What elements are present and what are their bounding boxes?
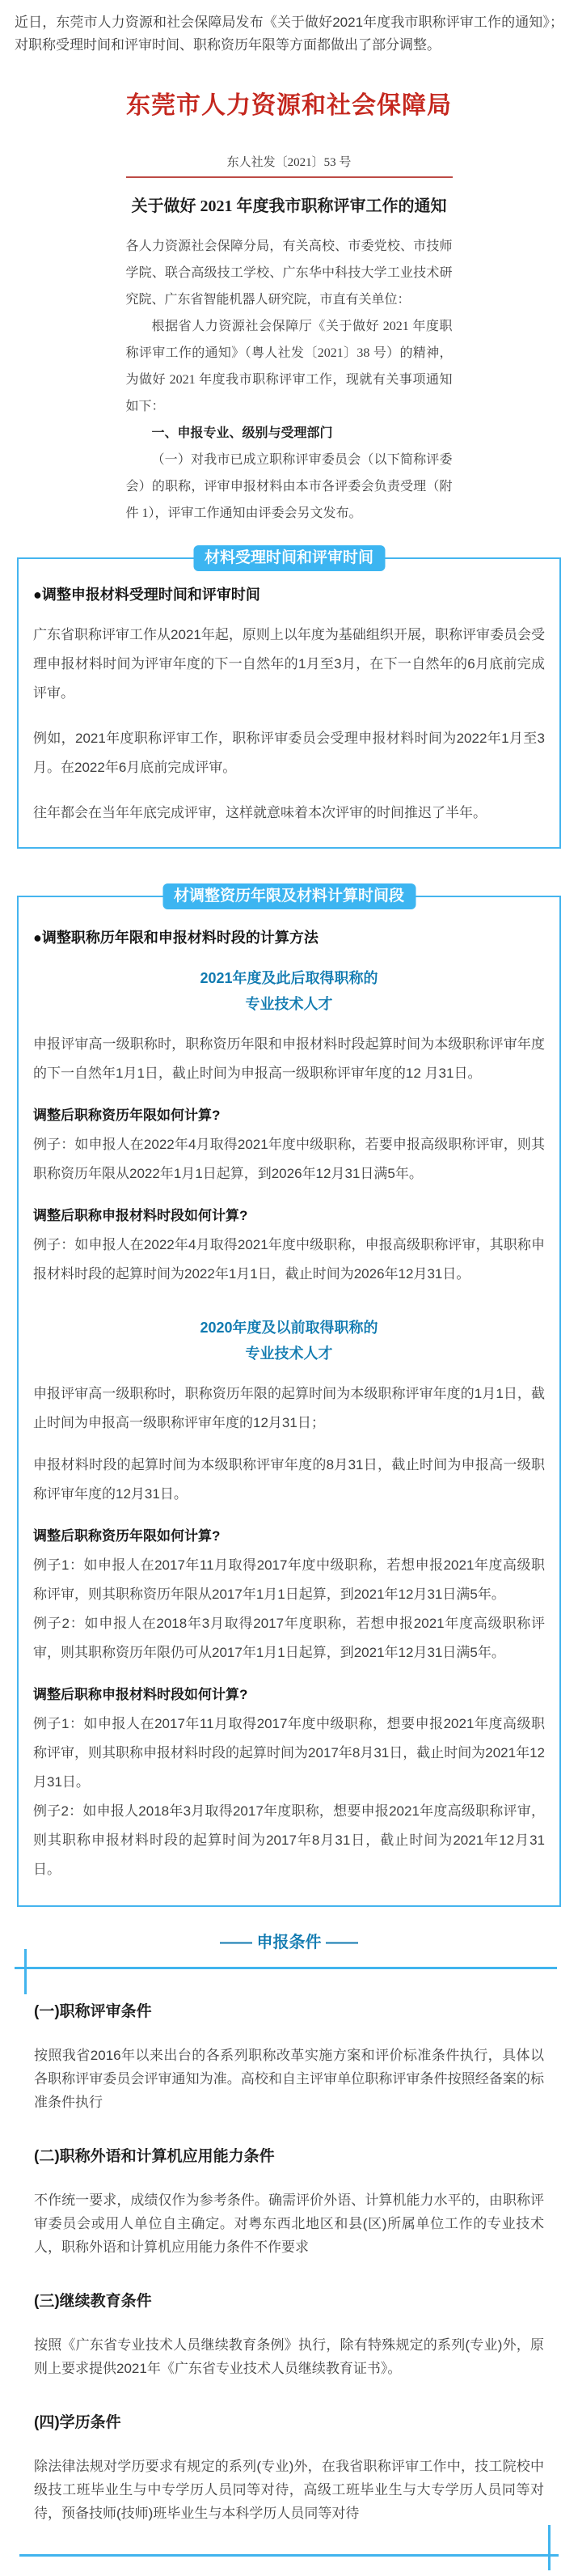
question-heading: 调整后职称申报材料时段如何计算? (33, 1201, 545, 1231)
notice-paragraph: （一）对我市已成立职称评审委员会（以下简称评委会）的职称，评审申报材料由本市各评… (126, 447, 453, 527)
subsection-heading-line: 2020年度及以前取得职称的 (33, 1315, 545, 1341)
condition-item-title: (四)学历条件 (34, 2413, 544, 2434)
panel-bullet-heading: ●调整职称历年限和申报材料时段的计算方法 (33, 928, 545, 947)
panel-badge: 材料受理时间和评审时间 (193, 545, 385, 571)
panel-paragraph: 广东省职称评审工作从2021年起，原则上以年度为基础组织开展，职称评审委员会受理… (33, 621, 545, 708)
panel-paragraph: 申报评审高一级职称时，职称资历年限的起算时间为本级职称评审年度的1月1日，截止时… (33, 1379, 545, 1438)
subsection-heading-line: 专业技术人才 (33, 1341, 545, 1366)
qa-block: 调整后职称资历年限如何计算? 例子1：如申报人在2017年11月取得2017年度… (33, 1522, 545, 1667)
notice-body: 各人力资源社会保障分局，有关高校、市委党校、市技师学院、联合高级技工学校、广东华… (126, 233, 453, 527)
subsection-heading-2021: 2021年度及此后取得职称的 专业技术人才 (33, 965, 545, 1017)
subsection-heading-2020: 2020年度及以前取得职称的 专业技术人才 (33, 1315, 545, 1366)
panel-material-acceptance-time: 材料受理时间和评审时间 ●调整申报材料受理时间和评审时间 广东省职称评审工作从2… (17, 557, 561, 849)
conditions-list: (一)职称评审条件 按照我省2016年以来出台的各系列职称改革实施方案和评价标准… (0, 2002, 578, 2525)
panel-paragraph: 申报材料时段的起算时间为本级职称评审年度的8月31日，截止时间为申报高一级职称评… (33, 1451, 545, 1509)
qa-block: 调整后职称申报材料时段如何计算? 例子：如申报人在2022年4月取得2021年度… (33, 1201, 545, 1289)
page-bottom-spacer (0, 2557, 578, 2576)
panel-paragraph: 往年都会在当年年底完成评审，这样就意味着本次评审的时间推迟了半年。 (33, 799, 545, 828)
qa-block: 调整后职称申报材料时段如何计算? 例子1：如申报人在2017年11月取得2017… (33, 1680, 545, 1884)
condition-item-title: (三)继续教育条件 (34, 2291, 544, 2312)
conditions-section-heading: —— 申报条件 —— (0, 1931, 578, 1954)
answer-text: 例子2：如申报人在2018年3月取得2017年度职称，若想申报2021年度高级职… (33, 1609, 545, 1667)
condition-item-body: 除法律法规对学历要求有规定的系列(专业)外，在我省职称评审工作中，技工院校中级技… (34, 2455, 544, 2525)
document-number: 东人社发〔2021〕53 号 (126, 155, 453, 170)
question-heading: 调整后职称资历年限如何计算? (33, 1522, 545, 1551)
condition-item-title: (一)职称评审条件 (34, 2002, 544, 2023)
panel-paragraph: 例如，2021年度职称评审工作，职称评审委员会受理申报材料时间为2022年1月至… (33, 724, 545, 782)
condition-item-title: (二)职称外语和计算机应用能力条件 (34, 2146, 544, 2167)
panel-content: ●调整申报材料受理时间和评审时间 广东省职称评审工作从2021年起，原则上以年度… (19, 559, 559, 847)
question-heading: 调整后职称申报材料时段如何计算? (33, 1680, 545, 1710)
condition-item-body: 按照我省2016年以来出台的各系列职称改革实施方案和评价标准条件执行，具体以各职… (34, 2044, 544, 2114)
divider-tick (24, 1949, 27, 1994)
blue-divider-line-top (15, 1967, 557, 1969)
answer-text: 例子2：如申报人2018年3月取得2017年度职称，想要申报2021年度高级职称… (33, 1797, 545, 1884)
red-divider-line (126, 176, 453, 178)
answer-text: 例子1：如申报人在2017年11月取得2017年度中级职称，想要申报2021年度… (33, 1710, 545, 1797)
answer-text: 例子1：如申报人在2017年11月取得2017年度中级职称，若想申报2021年度… (33, 1551, 545, 1609)
divider-tick (548, 2525, 551, 2570)
condition-item-body: 不作统一要求，成绩仅作为参考条件。确需评价外语、计算机能力水平的，由职称评审委员… (34, 2188, 544, 2259)
panel-seniority-calculation: 材调整资历年限及材料计算时间段 ●调整职称历年限和申报材料时段的计算方法 202… (17, 896, 561, 1907)
agency-title: 东莞市人力资源和社会保障局 (126, 92, 453, 120)
notice-paragraph: 根据省人力资源社会保障厅《关于做好 2021 年度职称评审工作的通知》（粤人社发… (126, 313, 453, 420)
intro-paragraph: 近日，东莞市人力资源和社会保障局发布《关于做好2021年度我市职称评审工作的通知… (0, 0, 578, 57)
panel-badge: 材调整资历年限及材料计算时间段 (162, 883, 416, 909)
notice-section-heading: 一、申报专业、级别与受理部门 (126, 420, 453, 447)
panel-paragraph: 申报评审高一级职称时，职称资历年限和申报材料时段起算时间为本级职称评审年度的下一… (33, 1030, 545, 1088)
answer-text: 例子：如申报人在2022年4月取得2021年度中级职称，申报高级职称评审，其职称… (33, 1231, 545, 1289)
subsection-heading-line: 专业技术人才 (33, 991, 545, 1017)
condition-item-body: 按照《广东省专业技术人员继续教育条例》执行，除有特殊规定的系列(专业)外，原则上… (34, 2333, 544, 2380)
panel-content: ●调整职称历年限和申报材料时段的计算方法 2021年度及此后取得职称的 专业技术… (19, 897, 559, 1905)
notice-paragraph: 各人力资源社会保障分局，有关高校、市委党校、市技师学院、联合高级技工学校、广东华… (126, 233, 453, 313)
question-heading: 调整后职称资历年限如何计算? (33, 1101, 545, 1130)
blue-divider-line-bottom (19, 2554, 559, 2557)
official-notice-scan: 东莞市人力资源和社会保障局 东人社发〔2021〕53 号 关于做好 2021 年… (126, 92, 453, 527)
notice-title: 关于做好 2021 年度我市职称评审工作的通知 (126, 194, 453, 218)
answer-text: 例子：如申报人在2022年4月取得2021年度中级职称，若要申报高级职称评审，则… (33, 1130, 545, 1188)
subsection-heading-line: 2021年度及此后取得职称的 (33, 965, 545, 991)
panel-bullet-heading: ●调整申报材料受理时间和评审时间 (33, 585, 545, 604)
qa-block: 调整后职称资历年限如何计算? 例子：如申报人在2022年4月取得2021年度中级… (33, 1101, 545, 1188)
